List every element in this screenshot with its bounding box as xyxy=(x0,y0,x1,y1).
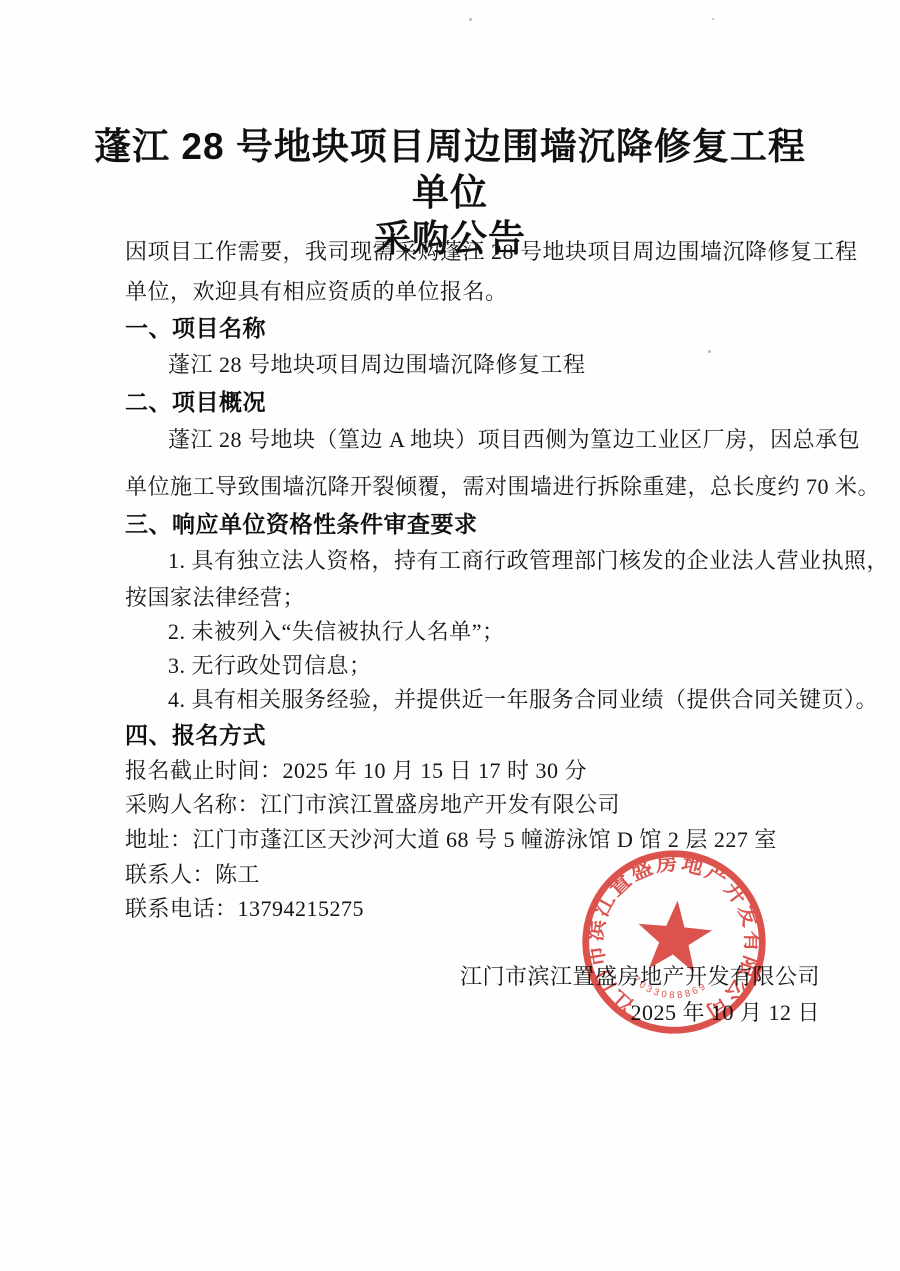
scan-speck xyxy=(712,18,714,20)
company-seal-stamp: 江门市滨江置盛房地产开发有限公司 7033088869 xyxy=(566,837,782,1048)
section-1-body: 蓬江 28 号地块项目周边围墙沉降修复工程 xyxy=(168,351,586,379)
section-2-line-1: 蓬江 28 号地块（篁边 A 地块）项目西侧为篁边工业区厂房，因总承包 xyxy=(168,426,860,454)
purchaser-line: 采购人名称：江门市滨江置盛房地产开发有限公司 xyxy=(125,791,620,819)
title-line-1: 蓬江 28 号地块项目周边围墙沉降修复工程单位 xyxy=(85,124,815,216)
intro-line-1: 因项目工作需要，我司现需采购蓬江 28 号地块项目周边围墙沉降修复工程 xyxy=(125,238,858,266)
section-3-item-2: 2. 未被列入“失信被执行人名单”； xyxy=(168,618,505,646)
section-4-heading: 四、报名方式 xyxy=(125,721,266,749)
star-icon xyxy=(635,897,715,973)
section-2-line-2: 单位施工导致围墙沉降开裂倾覆，需对围墙进行拆除重建，总长度约 70 米。 xyxy=(125,473,880,501)
stamp-serial-number: 7033088869 xyxy=(629,974,711,1005)
section-3-item-1-line-2: 按国家法律经营； xyxy=(125,584,305,612)
scanned-document-page: 蓬江 28 号地块项目周边围墙沉降修复工程单位 采购公告 因项目工作需要，我司现… xyxy=(0,0,900,1271)
section-3-heading: 三、响应单位资格性条件审查要求 xyxy=(125,510,478,538)
scan-speck xyxy=(708,350,711,353)
deadline-line: 报名截止时间：2025 年 10 月 15 日 17 时 30 分 xyxy=(125,757,587,785)
contact-phone-line: 联系电话：13794215275 xyxy=(125,895,364,923)
scan-speck xyxy=(469,18,472,21)
contact-person-line: 联系人：陈工 xyxy=(125,861,260,889)
section-1-heading: 一、项目名称 xyxy=(125,314,266,342)
svg-text:7033088869: 7033088869 xyxy=(629,974,711,1005)
section-3-item-4: 4. 具有相关服务经验，并提供近一年服务合同业绩（提供合同关键页）。 xyxy=(168,686,878,714)
section-3-item-1-line-1: 1. 具有独立法人资格，持有工商行政管理部门核发的企业法人营业执照， xyxy=(168,547,889,575)
section-3-item-3: 3. 无行政处罚信息； xyxy=(168,652,372,680)
intro-line-2: 单位，欢迎具有相应资质的单位报名。 xyxy=(125,278,508,306)
section-2-heading: 二、项目概况 xyxy=(125,388,266,416)
